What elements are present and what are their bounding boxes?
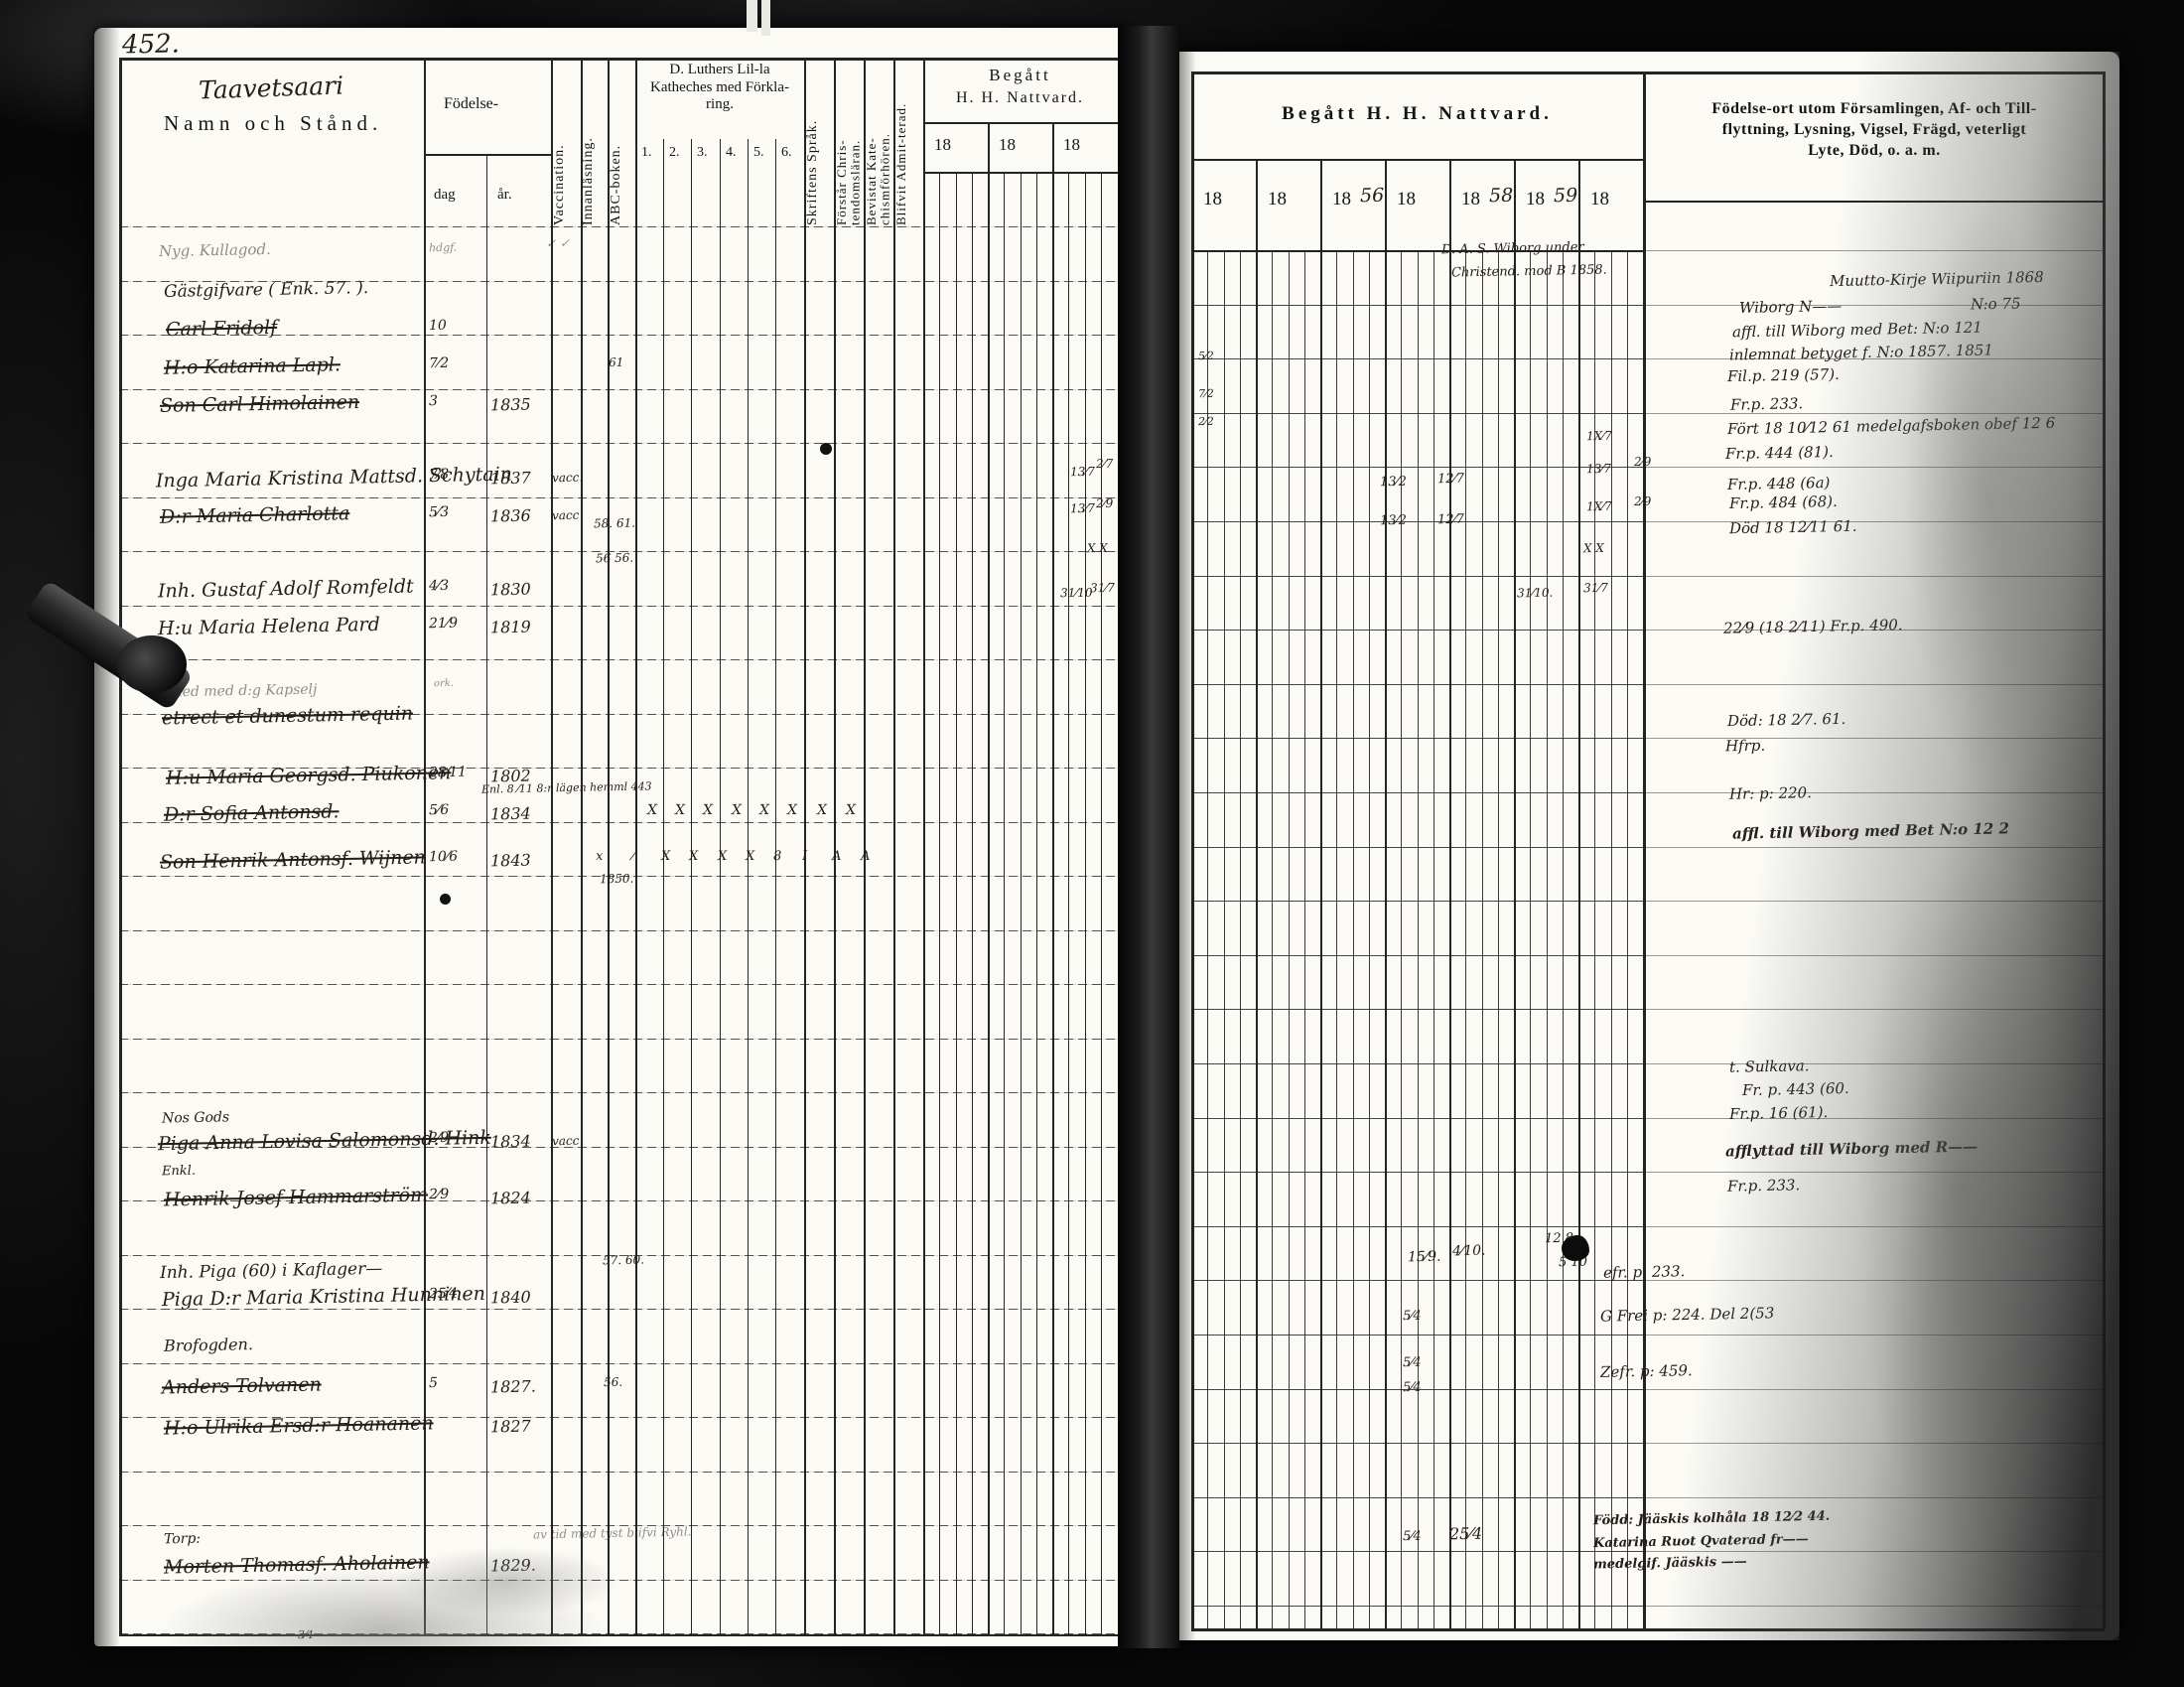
- table-vline: [1401, 250, 1402, 1628]
- book-binding: [1118, 26, 1179, 1648]
- entry-birth-year: 1830: [490, 580, 531, 600]
- row-line: [1643, 738, 2103, 739]
- row-line: [119, 1363, 1118, 1364]
- table-vline: [1304, 250, 1305, 1628]
- entry-name: Gästgifvare ( Enk. 57. ).: [164, 278, 369, 302]
- catechism-grade-label: 5.: [753, 145, 764, 161]
- table-vline: [1594, 250, 1595, 1628]
- record-mark: ⁄: [632, 849, 634, 864]
- row-line: [1191, 847, 1643, 848]
- table-vline: [988, 122, 990, 1636]
- entry-name: H:o Katarina Lapl.: [164, 353, 341, 378]
- record-mark: 3⁄4: [298, 1628, 314, 1641]
- entry-name: H:u Maria Georgsd. Piukonen: [166, 762, 452, 789]
- table-vline: [1627, 250, 1628, 1628]
- margin-note: affl. till Wiborg med Bet N:o 12 2: [1732, 819, 2009, 842]
- table-vline: [923, 58, 925, 1636]
- entry-name: etrect et dunestum requin: [162, 703, 413, 730]
- row-line: [1191, 413, 1643, 414]
- table-vline: [893, 58, 895, 1636]
- table-vline: [1530, 250, 1531, 1628]
- margin-note: efr. p: 233.: [1603, 1262, 1686, 1282]
- row-line: [1191, 955, 1643, 956]
- communion-mark: 13⁄7: [1586, 462, 1611, 476]
- row-line: [1643, 847, 2103, 848]
- table-hline: [119, 1634, 1119, 1636]
- row-line: [119, 497, 1118, 498]
- margin-note: Katarina Ruot Qvaterad fr——: [1593, 1532, 1809, 1551]
- row-line: [1643, 1063, 2103, 1064]
- table-hline: [1191, 159, 1643, 161]
- record-mark: X: [759, 802, 769, 818]
- year-label: 18: [1332, 189, 1351, 211]
- margin-note: Död: 18 2⁄7. 61.: [1727, 710, 1846, 730]
- table-vline: [663, 139, 664, 1636]
- row-line: [1643, 792, 2103, 793]
- catechism-grade-label: 2.: [669, 145, 680, 161]
- row-line: [1643, 1443, 2103, 1444]
- record-mark: 58. 61.: [594, 516, 635, 531]
- communion-mark: D. A. S. Wiborg under: [1441, 240, 1584, 258]
- table-hline: [119, 58, 1119, 61]
- record-mark: 8: [773, 849, 782, 864]
- col-header-birth-year: år.: [497, 187, 512, 204]
- row-line: [119, 1039, 1118, 1040]
- table-vline: [804, 58, 806, 1636]
- entry-birth-day: 5⁄6: [429, 802, 449, 818]
- col-header-reading: Innanläsning.: [582, 62, 606, 225]
- year-label: 18: [1397, 189, 1416, 211]
- entry-name: H:o Ulrika Ersd:r Hoananen: [164, 1412, 434, 1439]
- entry-birth-year: 1834: [490, 1132, 531, 1152]
- entry-name: Son Carl Himolainen: [160, 391, 359, 417]
- row-line: [1191, 358, 1643, 359]
- entry-birth-year: 1819: [490, 618, 531, 637]
- entry-name: Nyg. Kullagod.: [159, 240, 271, 260]
- col-header-name: Namn och Stånd.: [164, 111, 382, 136]
- entry-birth-day: 21⁄9: [429, 616, 458, 633]
- communion-mark: 1X⁄7: [1586, 499, 1612, 513]
- row-line: [1643, 1606, 2103, 1607]
- row-line: [1643, 250, 2103, 251]
- entry-birth-year: 1827.: [490, 1377, 536, 1397]
- table-vline: [1578, 159, 1580, 1628]
- table-vline: [1320, 159, 1322, 1628]
- communion-mark: Christend. mod B 1858.: [1451, 262, 1607, 280]
- entry-name: D:r Maria Charlotta: [160, 502, 350, 528]
- year-label-script: 56: [1360, 185, 1385, 207]
- page-number: 452.: [122, 29, 180, 60]
- notes-header-line: Lyte, Död, o. a. m.: [1651, 141, 2098, 162]
- table-vline: [1289, 250, 1290, 1628]
- margin-note: inlemnat betyget f. N:o 1857. 1851: [1729, 341, 1993, 363]
- margin-note: afflyttad till Wiborg med R——: [1725, 1138, 1978, 1161]
- table-vline: [1514, 159, 1516, 1628]
- table-vline: [1336, 250, 1337, 1628]
- entry-name: Torp:: [164, 1531, 201, 1548]
- row-line: [119, 984, 1118, 985]
- row-line: [1191, 1172, 1643, 1173]
- communion-mark: 12⁄7: [1437, 472, 1464, 488]
- margin-note: Död 18 12⁄11 61.: [1729, 517, 1857, 537]
- row-line: [1191, 792, 1643, 793]
- row-line: [1191, 1551, 1643, 1552]
- record-mark: 2⁄7: [1096, 457, 1114, 471]
- row-line: [1643, 1280, 2103, 1281]
- row-line: [119, 226, 1118, 227]
- row-line: [1643, 576, 2103, 577]
- table-vline: [834, 58, 836, 1636]
- communion-mark: 13⁄2: [1380, 475, 1407, 491]
- communion-mark: 13⁄2: [1380, 513, 1407, 529]
- col-header-communion-right: Begått H. H. Nattvard.: [1191, 103, 1643, 125]
- row-line: [1191, 305, 1643, 306]
- margin-note: N:o 75: [1971, 295, 2021, 314]
- entry-birth-day: 28⁄11: [429, 765, 467, 781]
- catechism-grade-label: 4.: [726, 145, 737, 161]
- table-vline: [1611, 250, 1612, 1628]
- clamp-tab: [747, 0, 757, 32]
- margin-note: medelgif. Jääskis ——: [1593, 1555, 1747, 1573]
- table-vline: [119, 58, 122, 1636]
- row-line: [1643, 955, 2103, 956]
- record-mark: 13⁄7: [1070, 501, 1095, 515]
- record-mark: x: [596, 849, 604, 864]
- margin-note: Fr.p. 448 (6a): [1727, 474, 1831, 493]
- table-hline: [923, 122, 1118, 124]
- table-hline: [424, 154, 551, 156]
- table-vline: [1449, 159, 1451, 1628]
- entry-name: Inh. Gustaf Adolf Romfeldt: [158, 576, 414, 603]
- margin-note: Fr.p. 233.: [1730, 394, 1804, 413]
- entry-birth-day: 7⁄8: [429, 467, 449, 483]
- entry-birth-day: 2⁄9: [429, 1187, 449, 1202]
- record-mark: 57. 60.: [603, 1253, 644, 1268]
- table-vline: [720, 139, 721, 1636]
- clamp-tab: [761, 0, 770, 36]
- communion-year-label: 18: [934, 135, 951, 155]
- margin-note: Född: Jääskis kolhåla 18 12⁄2 44.: [1593, 1509, 1830, 1529]
- year-label: 18: [1461, 189, 1480, 211]
- record-mark: A: [832, 849, 842, 864]
- entry-name: H:u Maria Helena Pard: [158, 614, 380, 639]
- entry-birth-day: 5: [429, 1375, 438, 1391]
- communion-mark: 7⁄2: [1198, 387, 1214, 400]
- margin-note: 22⁄9 (18 2⁄11) Fr.p. 490.: [1723, 616, 1903, 636]
- margin-note: Fr.p. 16 (61).: [1729, 1103, 1829, 1123]
- margin-note: Hr: p: 220.: [1729, 783, 1812, 803]
- record-mark: 13⁄7: [1070, 465, 1095, 479]
- col-header-scripture: Skriftens Språk.: [806, 62, 832, 225]
- communion-mark: 5⁄4: [1403, 1309, 1422, 1324]
- entry-vaccination: vacc: [552, 508, 580, 523]
- year-label: 18: [1203, 189, 1222, 211]
- margin-note: Fr.p. 444 (81).: [1725, 443, 1834, 463]
- entry-birth-year: 1829.: [490, 1556, 536, 1576]
- entry-birth-year: 1837: [490, 469, 531, 489]
- record-mark: X: [732, 802, 742, 818]
- col-header-birth: Födelse-: [444, 95, 498, 113]
- row-line: [1643, 1118, 2103, 1119]
- record-mark: 1850.: [600, 872, 634, 887]
- catechism-grade-label: 3.: [697, 145, 708, 161]
- table-vline: [1433, 250, 1434, 1628]
- entry-vaccination: vacc.: [552, 471, 583, 486]
- ink-dot: [440, 894, 451, 905]
- communion-year-label: 18: [1063, 135, 1080, 155]
- left-page: 452. Taavetsaari Namn och Stånd. Födelse…: [94, 28, 1127, 1646]
- entry-birth-day: 10⁄6: [429, 849, 458, 866]
- row-line: [1191, 1009, 1643, 1010]
- row-line: [1191, 1335, 1643, 1336]
- col-header-birth-day: dag: [434, 187, 456, 204]
- table-hline: [1191, 71, 2105, 74]
- record-mark: X: [689, 849, 699, 864]
- entry-name: Brofogden.: [164, 1335, 253, 1355]
- table-vline: [1465, 250, 1466, 1628]
- row-line: [1643, 1009, 2103, 1010]
- entry-name: Enkl.: [162, 1164, 196, 1180]
- col-header-communion-2: H. H. Nattvard.: [923, 89, 1117, 107]
- record-mark: ork.: [434, 678, 454, 689]
- row-line: [1643, 305, 2103, 306]
- table-hline: [923, 172, 1118, 174]
- table-vline: [691, 139, 692, 1636]
- row-line: [119, 1580, 1118, 1581]
- scanned-parish-register-photo: 452. Taavetsaari Namn och Stånd. Födelse…: [0, 0, 2184, 1687]
- entry-birth-year: 1843: [490, 851, 531, 871]
- row-line: [1191, 467, 1643, 468]
- entry-vaccination: vacc: [552, 1134, 580, 1149]
- col-header-admitted: Blifvit Admit-terad.: [894, 62, 921, 225]
- row-line: [1191, 521, 1643, 522]
- entry-birth-day: 7⁄2: [429, 355, 449, 371]
- catechism-grade-label: 6.: [781, 145, 792, 161]
- row-line: [1643, 1335, 2103, 1336]
- row-line: [119, 1472, 1118, 1473]
- row-line: [119, 1092, 1118, 1093]
- communion-mark: 5⁄2: [1198, 350, 1214, 362]
- margin-note: affl. till Wiborg med Bet: N:o 121: [1732, 319, 1982, 342]
- margin-note: Fr. p. 443 (60.: [1742, 1079, 1849, 1099]
- record-mark: A: [861, 849, 871, 864]
- communion-mark: 4⁄10.: [1452, 1243, 1486, 1260]
- record-mark: X: [647, 802, 657, 818]
- ink-dot: [820, 443, 832, 455]
- margin-note: Hfrp.: [1725, 737, 1766, 756]
- row-line: [119, 1633, 1118, 1634]
- entry-name: Henrik Josef Hammarström: [164, 1184, 429, 1210]
- table-vline: [1482, 250, 1483, 1628]
- row-line: [1191, 1497, 1643, 1498]
- row-line: [1191, 738, 1643, 739]
- table-vline: [1353, 250, 1354, 1628]
- row-line: [1643, 467, 2103, 468]
- notes-header-line: flyttning, Lysning, Vigsel, Frägd, veter…: [1651, 120, 2098, 141]
- record-mark: 56 56.: [596, 551, 633, 566]
- record-mark: 2⁄9: [1096, 496, 1114, 510]
- row-line: [1191, 1443, 1643, 1444]
- record-mark: hdgf.: [429, 241, 458, 255]
- record-mark: av tid med tyst blifvi Ryhl.: [533, 1524, 692, 1541]
- table-vline: [748, 139, 749, 1636]
- communion-mark: 5⁄4: [1403, 1529, 1422, 1544]
- margin-note: t. Sulkava.: [1729, 1056, 1810, 1076]
- communion-mark: 2⁄9: [1634, 455, 1652, 469]
- row-line: [119, 443, 1118, 444]
- table-vline: [1498, 250, 1499, 1628]
- row-line: [1643, 1226, 2103, 1227]
- row-line: [1191, 1606, 1643, 1607]
- row-line: [1191, 1226, 1643, 1227]
- communion-mark: 2⁄2: [1198, 415, 1214, 428]
- row-line: [1643, 901, 2103, 902]
- entry-name: Son Henrik Antonsf. Wijnen: [160, 846, 426, 873]
- table-vline: [551, 58, 553, 1636]
- communion-mark: 1X⁄7: [1586, 429, 1612, 443]
- catechism-grade-label: 1.: [641, 145, 652, 161]
- record-mark: X: [817, 802, 827, 818]
- row-line: [1191, 901, 1643, 902]
- year-label: 18: [1590, 189, 1609, 211]
- year-label-script: 59: [1554, 185, 1578, 207]
- row-line: [1643, 684, 2103, 685]
- entry-birth-year: 1824: [490, 1189, 531, 1208]
- entry-birth-day: 4⁄3: [429, 578, 449, 594]
- communion-mark: 5⁄4: [1403, 1380, 1422, 1395]
- row-line: [119, 389, 1118, 390]
- record-mark: ✓ ✓: [546, 236, 570, 250]
- communion-mark: 15⁄9.: [1408, 1249, 1441, 1266]
- table-vline: [1256, 159, 1258, 1628]
- table-vline: [1385, 159, 1387, 1628]
- col-header-abc: ABC-boken.: [610, 62, 633, 225]
- entry-birth-year: 1834: [490, 804, 531, 824]
- margin-note: Fil.p. 219 (57).: [1727, 365, 1840, 385]
- margin-note: Fr.p. 233.: [1727, 1176, 1801, 1195]
- communion-mark: 31⁄7: [1583, 581, 1608, 595]
- entry-birth-day: 3: [429, 393, 438, 409]
- record-mark: Enl. 8 ⁄11 8:r lägen hemml 443: [481, 779, 652, 795]
- record-mark: X: [675, 802, 685, 818]
- row-line: [119, 659, 1118, 660]
- margin-note: Fr.p. 484 (68).: [1729, 492, 1838, 512]
- table-vline: [1240, 250, 1241, 1628]
- farm-name-script: Taavetsaari: [199, 70, 344, 104]
- col-header-understands: Förstår Chris-tendomsläran.: [835, 62, 863, 225]
- table-vline: [1418, 250, 1419, 1628]
- communion-mark: 31⁄10.: [1517, 586, 1554, 601]
- row-line: [119, 930, 1118, 931]
- table-vline: [1272, 250, 1273, 1628]
- entry-birth-day: 2⁄9: [429, 1130, 449, 1146]
- col-header-catechism: D. Luthers Lil-la Katheches med Förkla-r…: [637, 62, 802, 114]
- record-mark: 56.: [604, 1375, 622, 1389]
- row-line: [1643, 1172, 2103, 1173]
- table-hline: [1643, 201, 2105, 203]
- record-mark: X: [746, 849, 755, 864]
- entry-name: Morten Thomasf. Aholainen: [164, 1551, 430, 1578]
- margin-note: G Frei p: 224. Del 2(53: [1600, 1304, 1775, 1325]
- ink-blob: [1562, 1235, 1589, 1261]
- entry-birth-day: 25⁄4: [429, 1286, 458, 1303]
- record-mark: 31⁄7: [1090, 581, 1115, 595]
- row-line: [1191, 576, 1643, 577]
- row-line: [1643, 1551, 2103, 1552]
- record-mark: I: [802, 849, 807, 864]
- col-header-attended: Bevistat Kate-chismförhören.: [865, 62, 892, 225]
- communion-mark: X X: [1583, 541, 1604, 555]
- table-vline: [1207, 250, 1208, 1628]
- entry-name: D:r Sofia Antonsd.: [164, 800, 340, 825]
- table-vline: [581, 58, 583, 1636]
- communion-mark: 25⁄4: [1449, 1524, 1483, 1544]
- entry-name: Inh. Piga (60) i Kaflager—: [160, 1259, 383, 1283]
- year-label: 18: [1526, 189, 1545, 211]
- table-vline: [1224, 250, 1225, 1628]
- row-line: [1191, 1280, 1643, 1281]
- table-vline: [1547, 250, 1548, 1628]
- entry-name: Nos Gods: [162, 1109, 229, 1126]
- communion-year-label: 18: [999, 135, 1016, 155]
- entry-birth-year: 1835: [490, 395, 531, 415]
- record-mark: X: [846, 802, 856, 818]
- entry-birth-year: 1836: [490, 506, 531, 526]
- col-header-communion-1: Begått: [923, 66, 1117, 85]
- table-vline: [864, 58, 866, 1636]
- row-line: [1643, 1497, 2103, 1498]
- table-hline: [1191, 1628, 2105, 1631]
- record-mark: X: [703, 802, 713, 818]
- notes-header-line: Födelse-ort utom Församlingen, Af- och T…: [1651, 99, 2098, 120]
- entry-birth-day: 5⁄3: [429, 504, 449, 520]
- table-vline: [486, 154, 487, 1636]
- entry-name: Anders Tolvanen: [162, 1373, 322, 1398]
- table-vline: [775, 139, 776, 1636]
- margin-note: Wiborg N——: [1739, 297, 1843, 317]
- entry-birth-year: 1840: [490, 1288, 531, 1308]
- communion-mark: 2⁄9: [1634, 494, 1652, 508]
- row-line: [119, 606, 1118, 607]
- row-line: [1643, 521, 2103, 522]
- margin-note: Zefr. p: 459.: [1600, 1361, 1693, 1381]
- margin-note: Muutto-Kirje Wiipuriin 1868: [1830, 268, 2044, 290]
- record-mark: X: [718, 849, 728, 864]
- entry-birth-year: 1827: [490, 1417, 531, 1437]
- year-label-script: 58: [1489, 185, 1514, 207]
- row-line: [1191, 630, 1643, 631]
- record-mark: X: [787, 802, 797, 818]
- entry-birth-day: 10: [429, 318, 447, 334]
- table-vline: [635, 58, 637, 1636]
- row-line: [1191, 684, 1643, 685]
- clamp-rod-end: [117, 635, 187, 693]
- record-mark: 61: [609, 355, 624, 369]
- right-page: Begått H. H. Nattvard. Födelse-ort utom …: [1176, 52, 2119, 1640]
- table-vline: [608, 58, 610, 1636]
- col-header-notes: Födelse-ort utom Församlingen, Af- och T…: [1651, 99, 2098, 161]
- col-header-vaccination: Vaccination.: [553, 62, 579, 225]
- communion-mark: 12⁄7: [1437, 512, 1464, 528]
- margin-note: Fört 18 10⁄12 61 medelgafsboken obef 12 …: [1727, 414, 2055, 438]
- record-mark: X X: [1087, 541, 1108, 555]
- year-label: 18: [1268, 189, 1287, 211]
- table-vline: [1563, 250, 1564, 1628]
- row-line: [1191, 1063, 1643, 1064]
- table-vline: [1052, 122, 1054, 1636]
- row-line: [1643, 1389, 2103, 1390]
- record-mark: 31⁄10: [1060, 586, 1093, 601]
